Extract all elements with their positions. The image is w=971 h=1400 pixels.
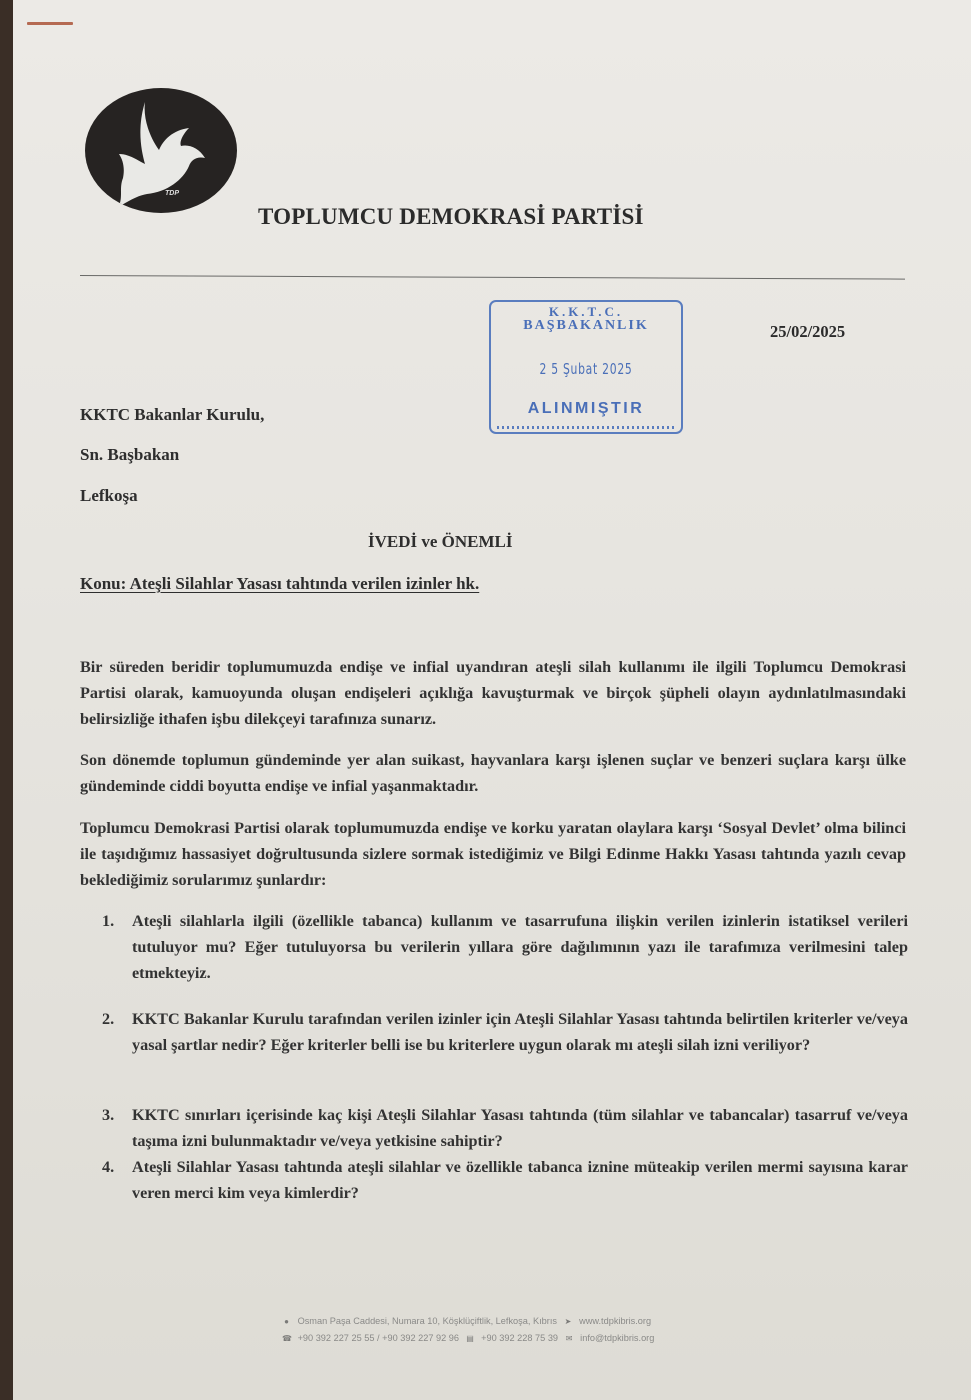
footer-line-1: ● Osman Paşa Caddesi, Numara 10, Köşklüç… xyxy=(282,1313,658,1330)
subject-line: Konu: Ateşli Silahlar Yasası tahtında ve… xyxy=(80,574,479,594)
question-number: 1. xyxy=(102,908,114,934)
location-pin-icon: ● xyxy=(282,1314,291,1330)
footer-address: Osman Paşa Caddesi, Numara 10, Köşklüçif… xyxy=(298,1316,557,1326)
body-paragraph: Son dönemde toplumun gündeminde yer alan… xyxy=(80,747,906,799)
question-number: 4. xyxy=(102,1154,114,1180)
dove-icon xyxy=(85,88,237,213)
party-logo: TDP xyxy=(85,88,237,213)
question-text: KKTC Bakanlar Kurulu tarafından verilen … xyxy=(132,1010,908,1054)
question-item: 1. Ateşli silahlarla ilgili (özellikle t… xyxy=(102,908,908,986)
question-text: Ateşli Silahlar Yasası tahtında ateşli s… xyxy=(132,1158,908,1202)
footer-line-2: ☎ +90 392 227 25 55 / +90 392 227 92 96 … xyxy=(282,1330,658,1347)
footer-fax: +90 392 228 75 39 xyxy=(481,1333,558,1343)
footer-website: www.tdpkibris.org xyxy=(579,1316,651,1326)
question-item: 2. KKTC Bakanlar Kurulu tarafından veril… xyxy=(102,1006,908,1058)
party-name: TOPLUMCU DEMOKRASİ PARTİSİ xyxy=(258,204,644,230)
question-number: 3. xyxy=(102,1102,114,1128)
pen-mark xyxy=(27,22,73,25)
question-list: 2. KKTC Bakanlar Kurulu tarafından veril… xyxy=(102,1006,908,1058)
body-paragraph: Bir süreden beridir toplumumuzda endişe … xyxy=(80,654,906,732)
question-item: 4. Ateşli Silahlar Yasası tahtında ateşl… xyxy=(102,1154,908,1206)
question-text: Ateşli silahlarla ilgili (özellikle taba… xyxy=(132,912,908,982)
body-paragraph: Toplumcu Demokrasi Partisi olarak toplum… xyxy=(80,815,906,893)
stamp-dotted-border xyxy=(497,426,675,429)
recipient-line-1: KKTC Bakanlar Kurulu, xyxy=(80,405,264,425)
send-icon: ➤ xyxy=(564,1314,573,1330)
question-item: 3. KKTC sınırları içerisinde kaç kişi At… xyxy=(102,1102,908,1154)
recipient-line-3: Lefkoşa xyxy=(80,486,138,506)
phone-icon: ☎ xyxy=(282,1331,291,1347)
stamp-office: BAŞBAKANLIK xyxy=(491,318,681,334)
question-number: 2. xyxy=(102,1006,114,1032)
stamp-status: ALINMIŞTIR xyxy=(491,400,681,418)
footer-email: info@tdpkibris.org xyxy=(580,1333,654,1343)
email-icon: ✉ xyxy=(565,1331,574,1347)
question-list: 1. Ateşli silahlarla ilgili (özellikle t… xyxy=(102,908,908,986)
recipient-line-2: Sn. Başbakan xyxy=(80,445,179,465)
received-stamp: K.K.T.C. BAŞBAKANLIK 2 5 Şubat 2025 ALIN… xyxy=(489,300,683,434)
question-text: KKTC sınırları içerisinde kaç kişi Ateşl… xyxy=(132,1106,908,1150)
question-list: 4. Ateşli Silahlar Yasası tahtında ateşl… xyxy=(102,1154,908,1206)
logo-text: TDP xyxy=(165,190,179,197)
stamp-date: 2 5 Şubat 2025 xyxy=(518,360,655,378)
document-date: 25/02/2025 xyxy=(770,322,845,342)
fax-icon: ▤ xyxy=(466,1331,475,1347)
question-list: 3. KKTC sınırları içerisinde kaç kişi At… xyxy=(102,1102,908,1154)
footer-phones: +90 392 227 25 55 / +90 392 227 92 96 xyxy=(298,1333,459,1343)
urgency-heading: İVEDİ ve ÖNEMLİ xyxy=(368,532,513,552)
letter-footer: ● Osman Paşa Caddesi, Numara 10, Köşklüç… xyxy=(282,1313,658,1347)
